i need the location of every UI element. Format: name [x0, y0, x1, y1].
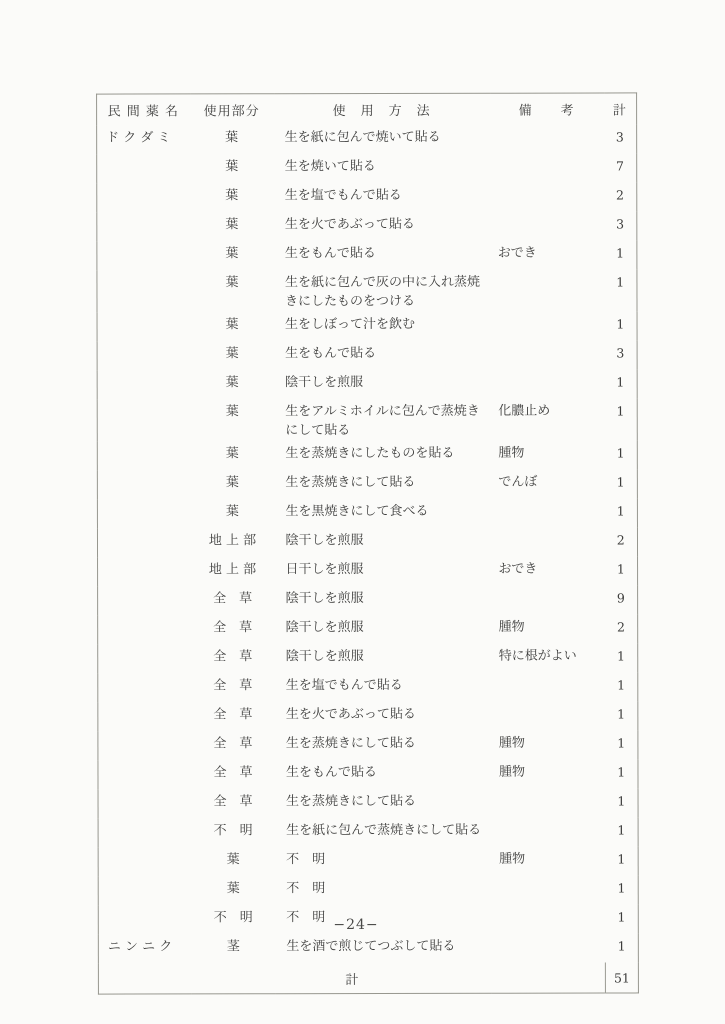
header-used-part: 使用部分: [190, 94, 274, 126]
remark-cell: [491, 673, 605, 702]
header-count: 計: [604, 93, 637, 125]
count-cell: 1: [604, 498, 637, 527]
header-remarks: 備 考: [490, 93, 604, 125]
count-cell: 1: [605, 556, 638, 585]
method-cell: 陰干しを煎服: [274, 370, 490, 399]
method-cell: 生をもんで貼る: [274, 241, 490, 270]
name-cell: [98, 760, 191, 789]
name-cell: [98, 731, 191, 760]
name-cell: [98, 818, 191, 847]
table-footer: 計 51: [98, 962, 638, 994]
name-cell: [97, 441, 190, 470]
count-cell: 7: [604, 153, 637, 182]
name-cell: [98, 557, 191, 586]
table-row: 葉生を焼いて貼る7: [97, 153, 637, 183]
part-cell: 全 草: [191, 702, 275, 731]
table-row: 葉生を紙に包んで灰の中に入れ蒸焼きにしたものをつける1: [97, 269, 637, 312]
part-cell: 葉: [190, 399, 274, 441]
name-cell: [98, 673, 191, 702]
part-cell: 葉: [190, 154, 274, 183]
name-cell: [97, 312, 190, 341]
method-cell: 陰干しを煎服: [275, 615, 491, 644]
part-cell: 葉: [190, 125, 274, 154]
remark-cell: [491, 818, 605, 847]
remark-cell: 腫物: [490, 441, 604, 470]
table-row: 葉生をアルミホイルに包んで蒸焼きにして貼る化膿止め1: [97, 398, 637, 441]
method-cell: 日干しを煎服: [275, 557, 491, 586]
name-cell: [97, 270, 190, 312]
table-row: ニ ン ニ ク茎生を酒で煎じてつぶして貼る1: [98, 933, 638, 963]
name-cell: [97, 470, 190, 499]
remark-cell: [491, 934, 605, 963]
table-header: 民 間 薬 名 使用部分 使 用 方 法 備 考 計: [97, 93, 637, 126]
part-cell: 全 草: [191, 673, 275, 702]
count-cell: 1: [604, 469, 637, 498]
method-cell: 生を火であぶって貼る: [275, 702, 491, 731]
name-cell: [98, 615, 191, 644]
remark-cell: [490, 528, 604, 557]
method-cell: 生をアルミホイルに包んで蒸焼きにして貼る: [274, 399, 490, 441]
part-cell: 葉: [190, 370, 274, 399]
total-value: 51: [605, 962, 638, 993]
table-row: 全 草生を蒸焼きにして貼る腫物1: [98, 730, 638, 760]
count-cell: 1: [604, 440, 637, 469]
count-cell: 1: [604, 240, 637, 269]
count-cell: 1: [605, 788, 638, 817]
table-row: 葉生をしぼって汁を飲む1: [97, 311, 637, 341]
method-cell: 生を酒で煎じてつぶして貼る: [275, 934, 491, 963]
count-cell: 2: [604, 527, 637, 556]
part-cell: 地 上 部: [191, 557, 275, 586]
method-cell: 生を紙に包んで蒸焼きにして貼る: [275, 818, 491, 847]
remark-cell: [490, 270, 604, 312]
part-cell: 地 上 部: [190, 528, 274, 557]
remark-cell: [491, 789, 605, 818]
remark-cell: [490, 341, 604, 370]
method-cell: 生を紙に包んで焼いて貼る: [274, 125, 490, 154]
remark-cell: おでき: [490, 241, 604, 270]
method-cell: 生を蒸焼きにして貼る: [275, 731, 491, 760]
count-cell: 1: [605, 846, 638, 875]
count-cell: 1: [605, 875, 638, 904]
count-cell: 9: [605, 585, 638, 614]
part-cell: 茎: [191, 934, 275, 963]
name-cell: [97, 499, 190, 528]
part-cell: 葉: [190, 499, 274, 528]
count-cell: 3: [604, 211, 637, 240]
table-row: 葉生を塩でもんで貼る2: [97, 182, 637, 212]
method-cell: 生をしぼって汁を飲む: [274, 312, 490, 341]
table-row: 地 上 部日干しを煎服おでき1: [98, 556, 638, 586]
method-cell: 生を塩でもんで貼る: [274, 183, 490, 212]
name-cell: [97, 528, 190, 557]
remark-cell: 腫物: [491, 760, 605, 789]
table-row: 葉不 明1: [98, 875, 638, 905]
table-row: 葉生をもんで貼るおでき1: [97, 240, 637, 270]
part-cell: 不 明: [191, 818, 275, 847]
remark-cell: [490, 212, 604, 241]
name-cell: [97, 183, 190, 212]
remark-cell: [490, 183, 604, 212]
name-cell: [98, 702, 191, 731]
count-cell: 1: [605, 933, 638, 962]
name-cell: [98, 876, 191, 905]
part-cell: 全 草: [191, 789, 275, 818]
method-cell: 不 明: [275, 847, 491, 876]
header-usage-method: 使 用 方 法: [274, 93, 490, 125]
method-cell: 生をもんで貼る: [274, 341, 490, 370]
method-cell: 不 明: [275, 876, 491, 905]
remark-cell: でんぼ: [490, 470, 604, 499]
table-row: 全 草陰干しを煎服腫物2: [98, 614, 638, 644]
remark-cell: 腫物: [491, 847, 605, 876]
part-cell: 葉: [190, 212, 274, 241]
remark-cell: 腫物: [491, 731, 605, 760]
part-cell: 葉: [190, 270, 274, 312]
part-cell: 全 草: [191, 615, 275, 644]
count-cell: 3: [604, 124, 637, 153]
method-cell: 生をもんで貼る: [275, 760, 491, 789]
header-row: 民 間 薬 名 使用部分 使 用 方 法 備 考 計: [97, 93, 637, 126]
part-cell: 全 草: [191, 731, 275, 760]
part-cell: 葉: [190, 341, 274, 370]
remark-cell: [490, 154, 604, 183]
name-cell: [97, 341, 190, 370]
method-cell: 生を紙に包んで灰の中に入れ蒸焼きにしたものをつける: [274, 270, 490, 312]
name-cell: [97, 241, 190, 270]
remark-cell: [490, 312, 604, 341]
remark-cell: [490, 125, 604, 154]
table-row: 全 草生を塩でもんで貼る1: [98, 672, 638, 702]
count-cell: 3: [604, 340, 637, 369]
total-row: 計 51: [98, 962, 638, 994]
method-cell: 生を蒸焼きにしたものを貼る: [274, 441, 490, 470]
method-cell: 陰干しを煎服: [274, 528, 490, 557]
remark-cell: 腫物: [491, 615, 605, 644]
page-number: −24−: [0, 917, 712, 933]
method-cell: 生を蒸焼きにして貼る: [274, 470, 490, 499]
method-cell: 生を焼いて貼る: [274, 154, 490, 183]
part-cell: 葉: [190, 470, 274, 499]
count-cell: 1: [604, 269, 637, 311]
total-label: 計: [98, 963, 605, 995]
count-cell: 1: [604, 311, 637, 340]
part-cell: 全 草: [191, 644, 275, 673]
part-cell: 葉: [190, 241, 274, 270]
method-cell: 陰干しを煎服: [275, 586, 491, 615]
remark-cell: [491, 876, 605, 905]
remark-cell: [491, 702, 605, 731]
name-cell: [97, 370, 190, 399]
folk-medicine-usage-table: 民 間 薬 名 使用部分 使 用 方 法 備 考 計 ド ク ダ ミ葉生を紙に包…: [96, 92, 639, 994]
count-cell: 2: [604, 182, 637, 211]
count-cell: 1: [604, 398, 637, 440]
part-cell: 葉: [190, 441, 274, 470]
part-cell: 葉: [190, 183, 274, 212]
remark-cell: 化膿止め: [490, 399, 604, 441]
table-row: 葉生をもんで貼る3: [97, 340, 637, 370]
method-cell: 生を黒焼きにして食べる: [274, 499, 490, 528]
count-cell: 1: [605, 672, 638, 701]
count-cell: 2: [605, 614, 638, 643]
table-row: 全 草生を蒸焼きにして貼る1: [98, 788, 638, 818]
count-cell: 1: [605, 730, 638, 759]
method-cell: 生を火であぶって貼る: [274, 212, 490, 241]
remark-cell: [491, 586, 605, 615]
name-cell: [97, 212, 190, 241]
table-row: 地 上 部陰干しを煎服2: [97, 527, 637, 557]
name-cell: [98, 789, 191, 818]
count-cell: 1: [605, 701, 638, 730]
scanned-document-page: 民 間 薬 名 使用部分 使 用 方 法 備 考 計 ド ク ダ ミ葉生を紙に包…: [0, 0, 725, 1024]
name-cell: [98, 847, 191, 876]
remark-cell: おでき: [491, 557, 605, 586]
name-cell: ド ク ダ ミ: [97, 125, 190, 154]
table-row: ド ク ダ ミ葉生を紙に包んで焼いて貼る3: [97, 124, 637, 154]
table-row: 不 明生を紙に包んで蒸焼きにして貼る1: [98, 817, 638, 847]
remark-cell: [490, 499, 604, 528]
part-cell: 葉: [191, 847, 275, 876]
part-cell: 葉: [191, 876, 275, 905]
method-cell: 陰干しを煎服: [275, 644, 491, 673]
remark-cell: 特に根がよい: [491, 644, 605, 673]
table-row: 全 草生をもんで貼る腫物1: [98, 759, 638, 789]
table-body: ド ク ダ ミ葉生を紙に包んで焼いて貼る3葉生を焼いて貼る7葉生を塩でもんで貼る…: [97, 124, 639, 963]
count-cell: 1: [605, 643, 638, 672]
name-cell: [97, 399, 190, 441]
count-cell: 1: [605, 817, 638, 846]
table-row: 全 草生を火であぶって貼る1: [98, 701, 638, 731]
table-row: 全 草陰干しを煎服特に根がよい1: [98, 643, 638, 673]
part-cell: 全 草: [191, 586, 275, 615]
table-row: 葉陰干しを煎服1: [97, 369, 637, 399]
table-row: 葉生を黒焼きにして食べる1: [97, 498, 637, 528]
part-cell: 全 草: [191, 760, 275, 789]
count-cell: 1: [604, 369, 637, 398]
table-row: 葉生を火であぶって貼る3: [97, 211, 637, 241]
method-cell: 生を塩でもんで貼る: [275, 673, 491, 702]
name-cell: [98, 644, 191, 673]
table-row: 葉生を蒸焼きにしたものを貼る腫物1: [97, 440, 637, 470]
name-cell: [97, 154, 190, 183]
count-cell: 1: [605, 759, 638, 788]
method-cell: 生を蒸焼きにして貼る: [275, 789, 491, 818]
table-row: 全 草陰干しを煎服9: [98, 585, 638, 615]
name-cell: ニ ン ニ ク: [98, 934, 191, 963]
table-row: 葉生を蒸焼きにして貼るでんぼ1: [97, 469, 637, 499]
part-cell: 葉: [190, 312, 274, 341]
name-cell: [98, 586, 191, 615]
table-row: 葉不 明腫物1: [98, 846, 638, 876]
remark-cell: [490, 370, 604, 399]
header-medicine-name: 民 間 薬 名: [97, 94, 190, 126]
